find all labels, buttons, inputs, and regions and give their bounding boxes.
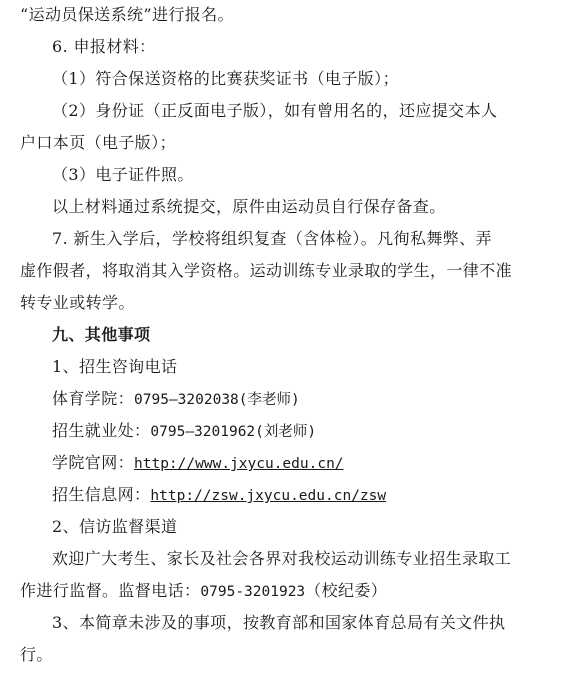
- closing-note: 3、本简章未涉及的事项，按教育部和国家体育总局有关文件执: [20, 607, 556, 639]
- website-label: 学院官网：: [52, 453, 134, 472]
- closing-note-continued: 行。: [20, 639, 556, 671]
- contact-admissions-site: 招生信息网：http://zsw.jxycu.edu.cn/zsw: [20, 479, 556, 511]
- subheading-supervision: 2、信访监督渠道: [20, 511, 556, 543]
- paragraph-line-registration: “运动员保送系统”进行报名。: [20, 0, 556, 31]
- contact-admissions-office: 招生就业处：0795—3201962(刘老师): [20, 415, 556, 447]
- materials-note: 以上材料通过系统提交，原件由运动员自行保存备查。: [20, 191, 556, 223]
- material-2-id-card: （2）身份证（正反面电子版），如有曾用名的，还应提交本人: [20, 95, 556, 127]
- admissions-site-link[interactable]: http://zsw.jxycu.edu.cn/zsw: [150, 488, 386, 504]
- item-7-recheck-end: 转专业或转学。: [20, 287, 556, 319]
- contact-website: 学院官网：http://www.jxycu.edu.cn/: [20, 447, 556, 479]
- subheading-consultation-phones: 1、招生咨询电话: [20, 351, 556, 383]
- contact-pe-college-label: 体育学院：: [52, 389, 134, 408]
- contact-pe-college-phone: 0795—3202038(李老师): [134, 392, 300, 408]
- item-7-recheck-continued: 虚作假者，将取消其入学资格。运动训练专业录取的学生，一律不准: [20, 255, 556, 287]
- item-7-recheck: 7. 新生入学后，学校将组织复查（含体检）。凡徇私舞弊、弄: [20, 223, 556, 255]
- supervision-text: 欢迎广大考生、家长及社会各界对我校运动训练专业招生录取工: [20, 543, 556, 575]
- document-page: “运动员保送系统”进行报名。 6. 申报材料： （1）符合保送资格的比赛获奖证书…: [20, 0, 556, 671]
- contact-admissions-label: 招生就业处：: [52, 421, 150, 440]
- material-2-id-card-continued: 户口本页（电子版）；: [20, 127, 556, 159]
- section-heading-other-matters: 九、其他事项: [20, 319, 556, 351]
- admissions-site-label: 招生信息网：: [52, 485, 150, 504]
- material-3-photo: （3）电子证件照。: [20, 159, 556, 191]
- material-1-certificate: （1）符合保送资格的比赛获奖证书（电子版）；: [20, 63, 556, 95]
- supervision-phone: 0795-3201923: [200, 584, 305, 600]
- supervision-phone-suffix: （校纪委）: [305, 581, 387, 600]
- website-link[interactable]: http://www.jxycu.edu.cn/: [134, 456, 344, 472]
- contact-pe-college: 体育学院：0795—3202038(李老师): [20, 383, 556, 415]
- supervision-text-continued: 作进行监督。监督电话：0795-3201923（校纪委）: [20, 575, 556, 607]
- item-6-application-materials: 6. 申报材料：: [20, 31, 556, 63]
- supervision-phone-label: 作进行监督。监督电话：: [20, 581, 200, 600]
- contact-admissions-phone: 0795—3201962(刘老师): [150, 424, 316, 440]
